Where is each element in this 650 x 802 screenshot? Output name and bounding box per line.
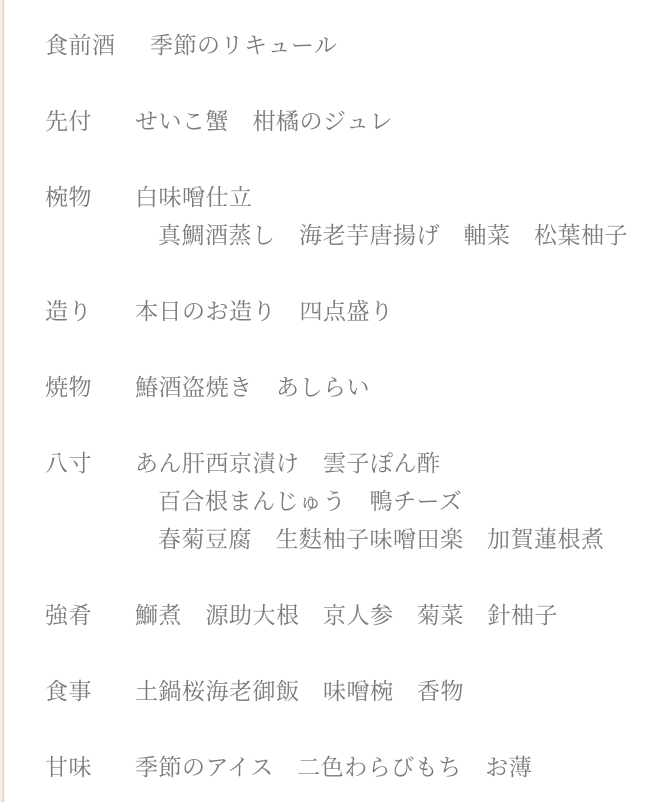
menu-section: 椀物白味噌仕立真鯛酒蒸し 海老芋唐揚げ 軸菜 松葉柚子 bbox=[45, 178, 634, 254]
course-line: 百合根まんじゅう 鴨チーズ bbox=[135, 482, 634, 520]
course-label: 甘味 bbox=[45, 748, 135, 786]
course-label: 八寸 bbox=[45, 444, 135, 482]
menu-section: 造り本日のお造り 四点盛り bbox=[45, 292, 634, 330]
course-line: 白味噌仕立 bbox=[135, 178, 634, 216]
course-label: 食事 bbox=[45, 672, 135, 710]
menu-section: 先付せいこ蟹 柑橘のジュレ bbox=[45, 102, 634, 140]
menu-section: 強肴鰤煮 源助大根 京人参 菊菜 針柚子 bbox=[45, 596, 634, 634]
course-content: 白味噌仕立真鯛酒蒸し 海老芋唐揚げ 軸菜 松葉柚子 bbox=[135, 178, 634, 254]
course-label: 椀物 bbox=[45, 178, 135, 216]
course-content: 土鍋桜海老御飯 味噌椀 香物 bbox=[135, 672, 634, 710]
course-label: 食前酒 bbox=[45, 26, 135, 64]
menu-sections: 食前酒季節のリキュール先付せいこ蟹 柑橘のジュレ椀物白味噌仕立真鯛酒蒸し 海老芋… bbox=[0, 0, 650, 786]
course-content: 季節のアイス 二色わらびもち お薄 bbox=[135, 748, 634, 786]
course-line: 季節のアイス 二色わらびもち お薄 bbox=[135, 748, 634, 786]
course-label: 造り bbox=[45, 292, 135, 330]
course-line: あん肝西京漬け 雲子ぽん酢 bbox=[135, 444, 634, 482]
course-label: 強肴 bbox=[45, 596, 135, 634]
course-line: 春菊豆腐 生麩柚子味噌田楽 加賀蓮根煮 bbox=[135, 520, 634, 558]
course-line: 鰤煮 源助大根 京人参 菊菜 針柚子 bbox=[135, 596, 634, 634]
course-content: 本日のお造り 四点盛り bbox=[135, 292, 634, 330]
course-content: せいこ蟹 柑橘のジュレ bbox=[135, 102, 634, 140]
course-line: 季節のリキュール bbox=[150, 26, 634, 64]
kaiseki-menu-page: 食前酒季節のリキュール先付せいこ蟹 柑橘のジュレ椀物白味噌仕立真鯛酒蒸し 海老芋… bbox=[0, 0, 650, 802]
menu-section: 甘味季節のアイス 二色わらびもち お薄 bbox=[45, 748, 634, 786]
left-edge-strip bbox=[0, 0, 5, 802]
course-content: 鰆酒盗焼き あしらい bbox=[135, 368, 634, 406]
course-content: 季節のリキュール bbox=[135, 26, 634, 64]
course-content: あん肝西京漬け 雲子ぽん酢百合根まんじゅう 鴨チーズ春菊豆腐 生麩柚子味噌田楽 … bbox=[135, 444, 634, 558]
course-line: せいこ蟹 柑橘のジュレ bbox=[135, 102, 634, 140]
course-line: 真鯛酒蒸し 海老芋唐揚げ 軸菜 松葉柚子 bbox=[135, 216, 634, 254]
course-content: 鰤煮 源助大根 京人参 菊菜 針柚子 bbox=[135, 596, 634, 634]
course-label: 先付 bbox=[45, 102, 135, 140]
menu-section: 食前酒季節のリキュール bbox=[45, 26, 634, 64]
course-label: 焼物 bbox=[45, 368, 135, 406]
menu-section: 食事土鍋桜海老御飯 味噌椀 香物 bbox=[45, 672, 634, 710]
course-line: 鰆酒盗焼き あしらい bbox=[135, 368, 634, 406]
menu-section: 八寸あん肝西京漬け 雲子ぽん酢百合根まんじゅう 鴨チーズ春菊豆腐 生麩柚子味噌田… bbox=[45, 444, 634, 558]
course-line: 本日のお造り 四点盛り bbox=[135, 292, 634, 330]
menu-section: 焼物鰆酒盗焼き あしらい bbox=[45, 368, 634, 406]
course-line: 土鍋桜海老御飯 味噌椀 香物 bbox=[135, 672, 634, 710]
